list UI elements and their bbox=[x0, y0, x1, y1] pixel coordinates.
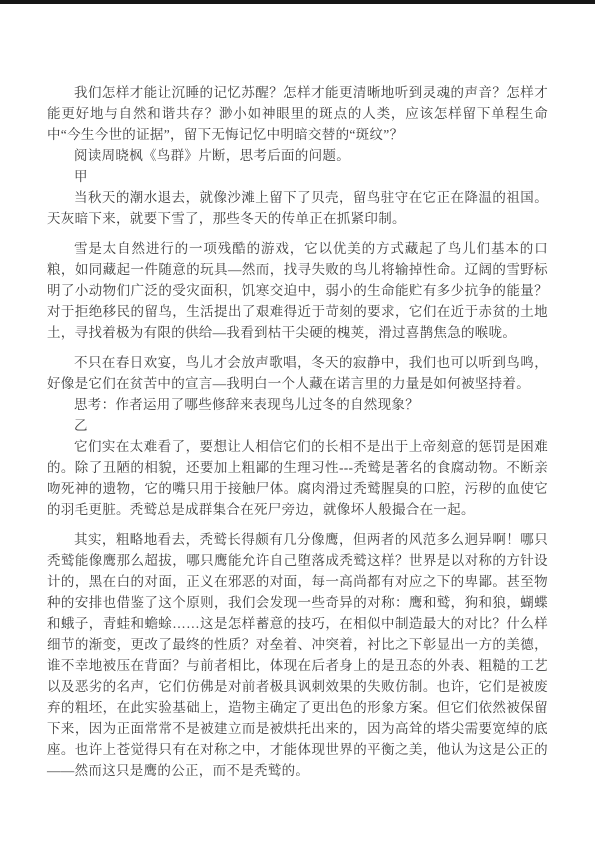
section-label-jia: 甲 bbox=[47, 166, 548, 187]
section-label-yi: 乙 bbox=[47, 415, 548, 436]
text-body: 我们怎样才能让沉睡的记忆苏醒？怎样才能更清晰地听到灵魂的声音？怎样才能更好地与自… bbox=[47, 82, 548, 781]
passage-yi-paragraph-2: 其实，粗略地看去，秃鹫长得颇有几分像鹰，但两者的风范多么迥异啊！哪只秃鹫能像鹰那… bbox=[47, 529, 548, 781]
intro-paragraph: 我们怎样才能让沉睡的记忆苏醒？怎样才能更清晰地听到灵魂的声音？怎样才能更好地与自… bbox=[47, 82, 548, 145]
passage-jia-paragraph-3: 不只在春日欢宴，鸟儿才会放声歌唱，冬天的寂静中，我们也可以听到鸟鸣，好像是它们在… bbox=[47, 352, 548, 394]
passage-jia-paragraph-1: 当秋天的潮水退去，就像沙滩上留下了贝壳，留鸟驻守在它正在降温的祖国。天灰暗下来，… bbox=[47, 187, 548, 229]
passage-jia-paragraph-2: 雪是太自然进行的一项残酷的游戏，它以优美的方式藏起了鸟儿们基本的口粮，如同藏起一… bbox=[47, 238, 548, 343]
document-page: 我们怎样才能让沉睡的记忆苏醒？怎样才能更清晰地听到灵魂的声音？怎样才能更好地与自… bbox=[0, 0, 595, 841]
instruction-line: 阅读周晓枫《鸟群》片断，思考后面的问题。 bbox=[47, 145, 548, 166]
question-line: 思考：作者运用了哪些修辞来表现鸟儿过冬的自然现象？ bbox=[47, 394, 548, 415]
passage-yi-paragraph-1: 它们实在太难看了，要想让人相信它们的长相不是出于上帝刻意的惩罚是困难的。除了丑陋… bbox=[47, 436, 548, 520]
scan-edge-bar bbox=[0, 0, 595, 4]
